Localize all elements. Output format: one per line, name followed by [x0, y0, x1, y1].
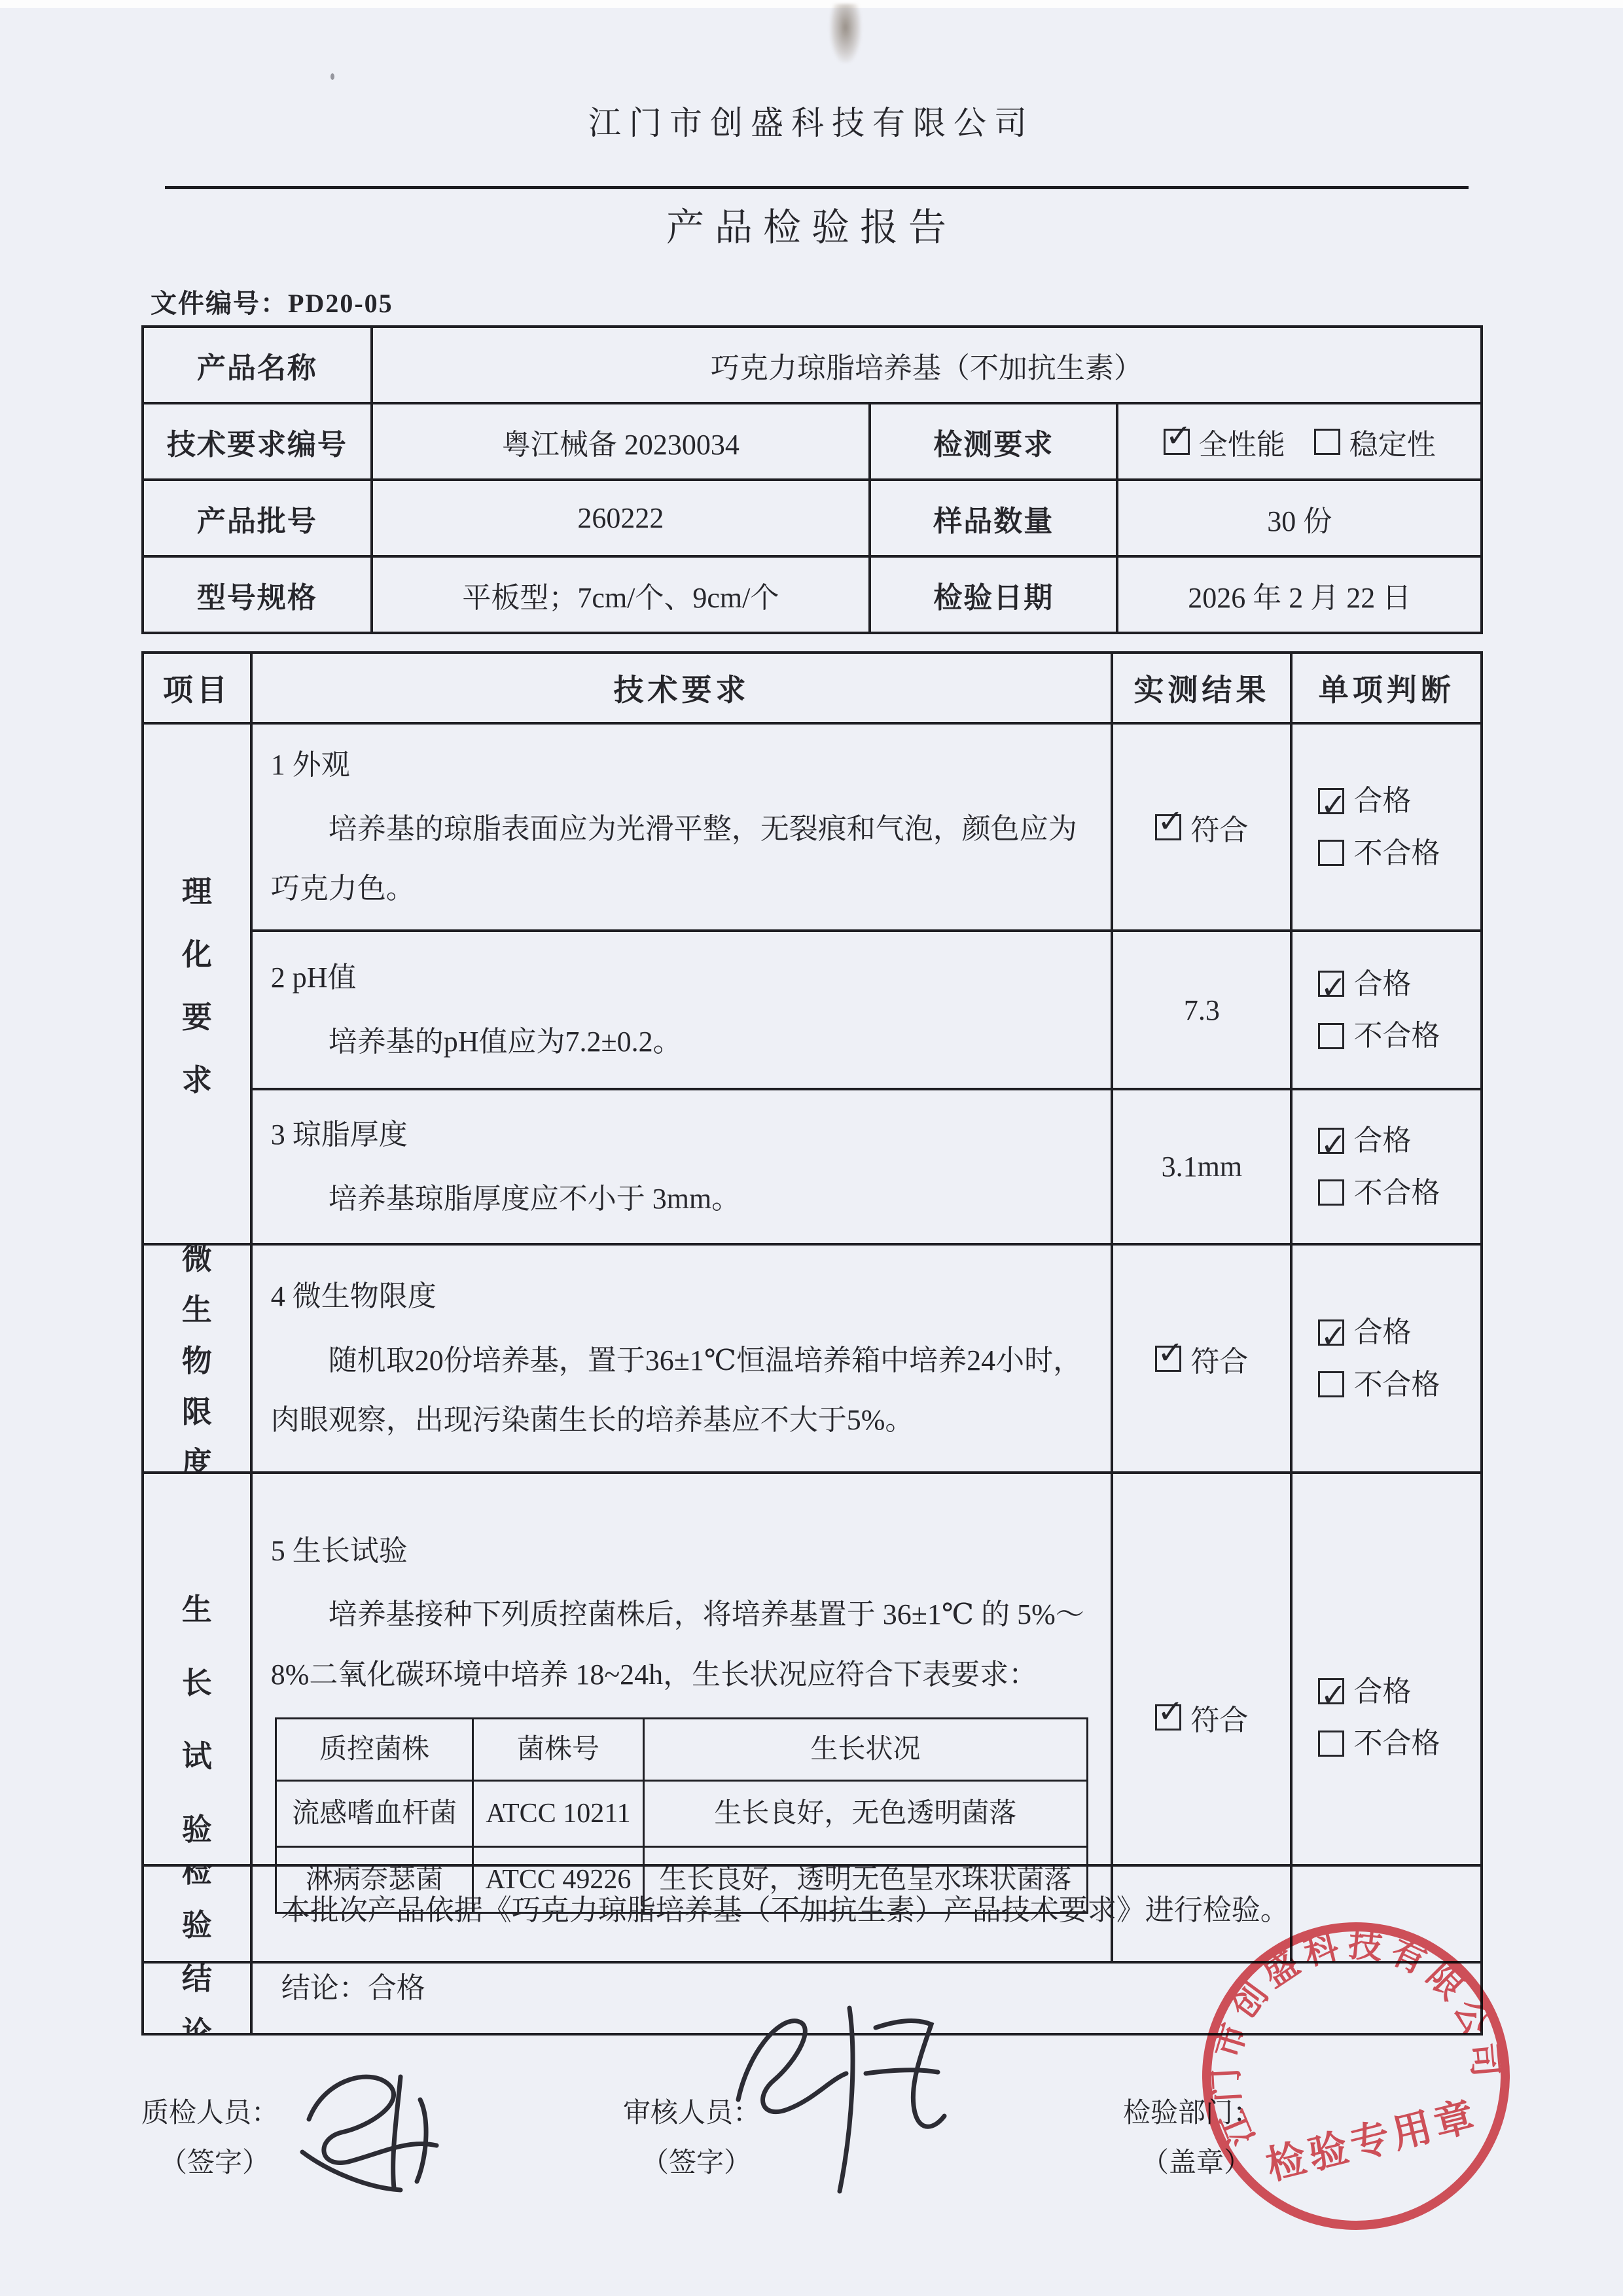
growth-col-strain-no: 菌株号 — [473, 1719, 643, 1781]
requirement-microbial: 4 微生物限度 随机取20份培养基，置于36±1℃恒温培养箱中培养24小时，肉眼… — [251, 1244, 1113, 1473]
growth-header-row: 质控菌株 菌株号 生长状况 — [276, 1719, 1088, 1781]
checkbox-checked-icon — [1155, 1704, 1181, 1731]
result-header-row: 项目 技术要求 实测结果 单项判断 — [143, 653, 1482, 723]
doc-number-value: PD20-05 — [288, 289, 393, 318]
scan-dot-artifact — [330, 73, 334, 80]
batch-value: 260222 — [372, 480, 870, 556]
strain-name: 流感嗜血杆菌 — [276, 1781, 473, 1847]
checkbox-unchecked-icon — [1318, 1731, 1344, 1757]
qc-sub-label: （签字） — [141, 2139, 279, 2189]
tech-req-no-value: 粤江械备 20230034 — [372, 403, 870, 480]
review-signature — [699, 1982, 967, 2204]
requirement-ph: 2 pH值 培养基的pH值应为7.2±0.2。 — [251, 931, 1113, 1089]
col-header-result: 实测结果 — [1112, 653, 1291, 723]
option-label: 全性能 — [1199, 421, 1285, 463]
checkbox-checked-icon — [1318, 971, 1344, 997]
header-divider — [165, 186, 1469, 189]
col-header-requirement: 技术要求 — [251, 653, 1113, 723]
judgement-appearance: 合格 不合格 — [1291, 723, 1482, 931]
checkbox-checked-icon — [1318, 1128, 1344, 1154]
checkbox-checked-icon — [1318, 1319, 1344, 1346]
checkbox-checked-icon — [1164, 429, 1190, 455]
report-title: 产品检验报告 — [0, 196, 1623, 251]
checkbox-unchecked-icon — [1318, 1023, 1344, 1049]
date-label: 检验日期 — [870, 556, 1118, 633]
model-label: 型号规格 — [143, 556, 372, 633]
checkbox-checked-icon — [1155, 814, 1181, 840]
growth-col-strain: 质控菌株 — [276, 1719, 473, 1781]
strain-number: ATCC 10211 — [473, 1781, 643, 1847]
company-name: 江门市创盛科技有限公司 — [0, 97, 1623, 144]
result-appearance: 符合 — [1112, 723, 1291, 931]
qc-signer-block: 质检人员： （签字） — [141, 2089, 279, 2188]
checkbox-unchecked-icon — [1314, 429, 1340, 455]
growth-col-status: 生长状况 — [643, 1719, 1087, 1781]
requirement-thickness: 3 琼脂厚度 培养基琼脂厚度应不小于 3mm。 — [251, 1089, 1113, 1244]
sample-qty-label: 样品数量 — [870, 480, 1118, 556]
checkbox-unchecked-icon — [1318, 840, 1344, 866]
table-row-appearance: 理化要求 1 外观 培养基的琼脂表面应为光滑平整，无裂痕和气泡，颜色应为巧克力色… — [143, 723, 1482, 931]
date-value: 2026 年 2 月 22 日 — [1117, 556, 1482, 633]
tech-req-no-label: 技术要求编号 — [143, 403, 372, 480]
sample-qty-value: 30 份 — [1117, 480, 1482, 556]
option-label: 稳定性 — [1349, 421, 1436, 463]
growth-row-haemophilus: 流感嗜血杆菌 ATCC 10211 生长良好，无色透明菌落 — [276, 1781, 1088, 1847]
batch-label: 产品批号 — [143, 480, 372, 556]
checkbox-checked-icon — [1318, 1678, 1344, 1704]
model-value: 平板型；7cm/个、9cm/个 — [372, 556, 870, 633]
group-label-microbial: 微生物限度 — [143, 1244, 251, 1473]
table-row-thickness: 3 琼脂厚度 培养基琼脂厚度应不小于 3mm。 3.1mm 合格 不合格 — [143, 1089, 1482, 1244]
result-thickness: 3.1mm — [1112, 1089, 1291, 1244]
requirement-appearance: 1 外观 培养基的琼脂表面应为光滑平整，无裂痕和气泡，颜色应为巧克力色。 — [251, 723, 1113, 931]
scan-edge-strip — [0, 0, 1623, 8]
table-row: 型号规格 平板型；7cm/个、9cm/个 检验日期 2026 年 2 月 22 … — [143, 556, 1482, 633]
judgement-thickness: 合格 不合格 — [1291, 1089, 1482, 1244]
info-table: 产品名称 巧克力琼脂培养基（不加抗生素） 技术要求编号 粤江械备 2023003… — [141, 325, 1483, 634]
test-req-options: 全性能 稳定性 — [1117, 403, 1482, 480]
doc-number: 文件编号：PD20-05 — [151, 283, 393, 320]
checkbox-checked-icon — [1318, 788, 1344, 814]
checkbox-unchecked-icon — [1318, 1371, 1344, 1397]
qc-label: 质检人员： — [141, 2089, 279, 2139]
inspection-report-page: 江门市创盛科技有限公司 产品检验报告 文件编号：PD20-05 产品名称 巧克力… — [0, 0, 1623, 2296]
table-row: 产品名称 巧克力琼脂培养基（不加抗生素） — [143, 327, 1482, 403]
col-header-judgement: 单项判断 — [1291, 653, 1482, 723]
scan-smudge-artifact — [830, 4, 861, 63]
strain-status: 生长良好，无色透明菌落 — [643, 1781, 1087, 1847]
product-name-label: 产品名称 — [143, 327, 372, 403]
company-seal: 江门市创盛科技有限公司 检验专用章 — [1192, 1912, 1520, 2240]
group-label-physchem: 理化要求 — [143, 723, 251, 1244]
result-ph: 7.3 — [1112, 931, 1291, 1089]
test-req-label: 检测要求 — [870, 403, 1118, 480]
option-full-performance: 全性能 — [1164, 421, 1285, 463]
table-row: 技术要求编号 粤江械备 20230034 检测要求 全性能 稳定性 — [143, 403, 1482, 480]
table-row-ph: 2 pH值 培养基的pH值应为7.2±0.2。 7.3 合格 不合格 — [143, 931, 1482, 1089]
qc-signature — [263, 2041, 473, 2204]
group-label-conclusion: 检验结论 — [143, 1865, 251, 2034]
seal-center-text: 检验专用章 — [1262, 2094, 1482, 2188]
judgement-ph: 合格 不合格 — [1291, 931, 1482, 1089]
checkbox-unchecked-icon — [1318, 1179, 1344, 1206]
checkbox-checked-icon — [1155, 1346, 1181, 1372]
doc-number-label: 文件编号： — [151, 289, 288, 318]
col-header-item: 项目 — [143, 653, 251, 723]
result-table: 项目 技术要求 实测结果 单项判断 理化要求 1 外观 培养基的琼脂表面应为光滑… — [141, 651, 1483, 1964]
result-microbial: 符合 — [1112, 1244, 1291, 1473]
judgement-microbial: 合格 不合格 — [1291, 1244, 1482, 1473]
table-row-microbial: 微生物限度 4 微生物限度 随机取20份培养基，置于36±1℃恒温培养箱中培养2… — [143, 1244, 1482, 1473]
product-name-value: 巧克力琼脂培养基（不加抗生素） — [372, 327, 1482, 403]
option-stability: 稳定性 — [1314, 421, 1436, 463]
table-row: 产品批号 260222 样品数量 30 份 — [143, 480, 1482, 556]
